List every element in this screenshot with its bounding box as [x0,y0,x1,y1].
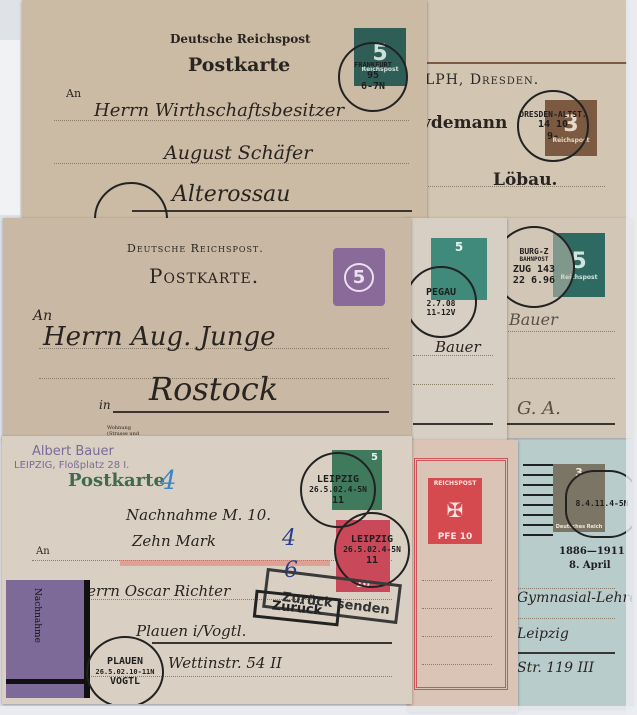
address-line-2 [422,608,492,609]
handwritten-name: Bauer [435,338,481,356]
sender-name: Albert Bauer [32,444,114,459]
handwritten-address-2: Leipzig [517,626,569,642]
address-line-3 [113,411,389,413]
address-line-3 [422,636,492,637]
handwritten-address-3: Alterossau [172,182,290,207]
address-line-2 [505,378,615,379]
title-postkarte: Postkarte [68,470,165,491]
postmark-partial [94,182,168,218]
postmark-machine: 8.4.11.4-5N [565,470,632,538]
stamp-5pf-violet: 5 [333,248,385,306]
sleeve-glare [0,706,637,715]
address-line-2 [413,384,493,385]
postmark-dresden: DRESDEN-ALTST. 14 10 9- [517,90,589,162]
postcard-leipzig-nachnahme: Albert Bauer LEIPZIG, Floßplatz 28 I. Po… [2,436,412,704]
handwritten-place: G. A. [517,398,561,419]
sleeve-glare [626,0,637,715]
handwritten-cod-amount: Nachnahme M. 10. [126,506,271,524]
addressee-town: Löbau. [493,170,557,190]
sender-line: LPH, Dresden. [425,72,539,88]
address-dotted-line [425,186,605,187]
postcard-10pf-red: Reichspost ✠ PFE 10 [408,440,518,712]
postcard-frankfurt: Deutsche Reichspost Postkarte An Herrn W… [22,0,427,218]
postmark-pegau: PEGAU 2.7.08 11-12V [405,266,477,338]
address-line-3 [152,642,392,644]
address-line-1 [505,331,615,332]
address-line-3 [505,423,615,425]
postcard-bahnpost: 5 Reichspost BURG-Z BAHNPOST ZUG 143 22 … [505,218,633,438]
handwritten-address-2: August Schäfer [164,142,312,164]
address-line-1 [515,588,615,589]
postcard-rostock: Deutsche Reichspost. Postkarte. 5 An Her… [3,218,411,440]
pencil-mark-4: 4 [282,526,296,551]
postcard-jubilee-1886-1911: 3 Deutsches Reich 8.4.11.4-5N 1886—1911 … [515,440,632,708]
address-line-1 [422,580,492,581]
blue-crayon-mark: 4 [160,466,177,496]
handwritten-city: Rostock [149,370,278,408]
address-line-2 [515,618,615,619]
header-deutsche-reichspost: Deutsche Reichspost [170,32,311,46]
handwritten-city: Plauen i/Vogtl. [136,622,246,640]
cancellation-bars [523,464,553,540]
handwritten-addressee: Herrn Aug. Junge [43,322,276,352]
handwritten-name: Bauer [509,310,558,329]
commemoration-date: 8. April [569,560,611,571]
handwritten-address-1: Gymnasial-Lehrer [517,590,632,606]
addressee-name: ydemann [421,113,507,133]
title-postkarte: Postkarte. [149,264,259,288]
address-prefix: An [36,546,50,557]
address-line-3 [132,210,412,212]
handwritten-addressee: Herrn Oscar Richter [74,582,230,600]
handwritten-address-1: Herrn Wirthschaftsbesitzer [94,100,344,121]
stamp-10pf-eagle: Reichspost ✠ PFE 10 [428,478,482,544]
nachnahme-label: Nachnahme [6,580,90,698]
commemoration-years: 1886—1911 [559,546,625,557]
address-line-3 [515,652,615,654]
address-line-3 [413,423,493,425]
title-postkarte: Postkarte [188,54,290,76]
red-crayon-underline [120,560,330,566]
eagle-icon: ✠ [447,498,464,522]
postmark-frankfurt: FRANKFURT 95 6-7N [338,42,408,112]
handwritten-cod-words: Zehn Mark [132,532,216,550]
handwritten-address-3: Str. 119 III [517,660,594,676]
address-line-4 [422,664,492,665]
city-prefix: in [99,398,111,412]
postcard-dresden-loebau: LPH, Dresden. ydemann Löbau. 3 Reichspos… [405,0,627,222]
sleeve-glare [0,40,20,215]
header-deutsche-reichspost: Deutsche Reichspost. [127,242,264,255]
nachnahme-label-text: Nachnahme [32,588,42,643]
postmark-plauen: PLAUEN 26.5.02.10-11N VOGTL [86,636,164,704]
postcard-pegau: 5 PEGAU 2.7.08 11-12V Bauer [405,218,507,440]
handwritten-street: Wettinstr. 54 II [168,654,282,672]
address-prefix: An [66,87,81,100]
divider-line [405,62,627,64]
